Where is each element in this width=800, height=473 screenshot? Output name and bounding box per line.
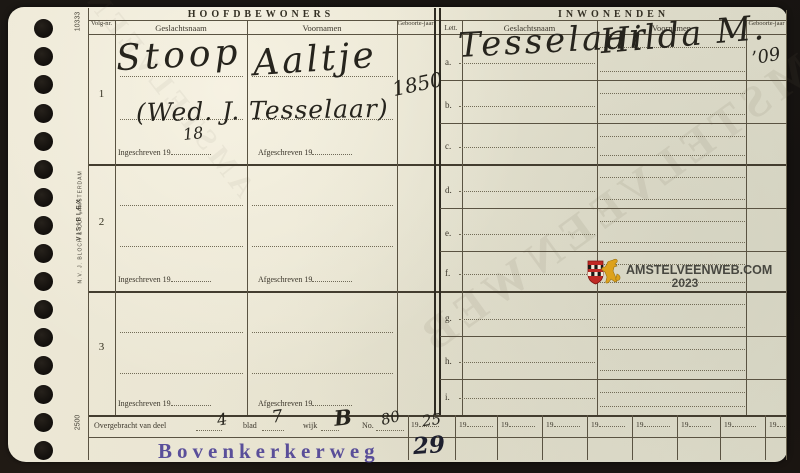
- rule: [632, 415, 633, 460]
- hw-wijk: B: [333, 406, 353, 429]
- leader-line: [312, 274, 352, 282]
- year-cell-label: 19: [724, 420, 756, 429]
- leader-line: [262, 430, 284, 431]
- transfer-deel-label: Overgebracht van deel: [94, 421, 166, 430]
- deregistered-text: Afgeschreven 19: [258, 148, 312, 157]
- lodger-letter: h.: [445, 356, 452, 366]
- leader-line: [196, 430, 222, 431]
- year-prefix: 19: [769, 420, 777, 429]
- dotted-rule: [600, 370, 745, 371]
- dotted-rule: [120, 205, 243, 206]
- dotted-rule: [600, 242, 745, 243]
- lodger-letter: g.: [445, 313, 452, 323]
- lodger-letter: f.: [445, 268, 450, 278]
- year-prefix: 19: [546, 420, 554, 429]
- binder-hole: [34, 132, 53, 151]
- lodger-row: h.: [440, 336, 787, 380]
- dotted-rule: [459, 398, 595, 399]
- lodger-letter: a.: [445, 57, 451, 67]
- lodger-letter: i.: [445, 392, 450, 402]
- dotted-rule: [600, 406, 745, 407]
- dotted-rule: [459, 106, 595, 107]
- scanned-registration-card: 10333 VISIBLEX N.V. J. BLOCH & CO. „AMST…: [0, 0, 800, 473]
- registered-label: Ingeschreven 19: [118, 398, 211, 408]
- dotted-rule: [252, 246, 393, 247]
- binder-hole: [34, 104, 53, 123]
- hw-note-main: (Wed. J. Tesselaar): [136, 96, 389, 125]
- year-prefix: 19: [459, 420, 467, 429]
- leader-line: [171, 398, 211, 406]
- rule: [455, 415, 456, 460]
- binder-hole: [34, 328, 53, 347]
- dotted-rule: [120, 246, 243, 247]
- watermark-year: 2023: [640, 276, 730, 290]
- form-number: 10333: [75, 0, 82, 44]
- year-prefix: 19: [681, 420, 689, 429]
- leader-line: [509, 420, 535, 427]
- deregistered-text: Afgeschreven 19: [258, 399, 312, 408]
- hw-registered-year-main: 18: [182, 125, 204, 143]
- dotted-rule: [459, 274, 595, 275]
- deregistered-label: Afgeschreven 19: [258, 274, 352, 284]
- volgnr-value: 3: [88, 341, 115, 353]
- dotted-rule: [120, 332, 243, 333]
- col-header-firstnames-left: Voornamen: [247, 24, 397, 33]
- binder-hole: [34, 19, 53, 38]
- year-cell-label: 19: [591, 420, 625, 429]
- year-cell-label: 19: [501, 420, 535, 429]
- rule: [765, 415, 766, 460]
- col-header-volgnr: Volg-nr.: [88, 21, 115, 28]
- lodger-row: g.: [440, 291, 787, 337]
- volgnr-value: 1: [88, 88, 115, 100]
- main-resident-row: 3 Ingeschreven 19 Afgeschreven 19: [88, 291, 436, 415]
- dotted-rule: [459, 319, 595, 320]
- binder-hole: [34, 216, 53, 235]
- registered-text: Ingeschreven 19: [118, 275, 171, 284]
- hw-blad: 7: [271, 408, 284, 426]
- binder-hole: [34, 160, 53, 179]
- printer-vertical: N.V. J. BLOCH & CO. „AMSTERDAM: [78, 179, 84, 284]
- binder-hole: [34, 47, 53, 66]
- binder-hole: [34, 188, 53, 207]
- leader-line: [689, 420, 711, 427]
- volgnr-value: 2: [88, 216, 115, 228]
- watermark-crest-icon: [586, 257, 626, 291]
- year-cell-label: 19: [769, 420, 787, 429]
- deregistered-label: Afgeschreven 19: [258, 147, 352, 157]
- lodger-row: d.: [440, 164, 787, 209]
- dotted-rule: [459, 191, 595, 192]
- dotted-rule: [600, 349, 745, 350]
- hw-house-number: 29: [412, 433, 446, 458]
- lodger-letter: e.: [445, 228, 451, 238]
- leader-line: [554, 420, 580, 427]
- main-resident-row: 2 Ingeschreven 19 Afgeschreven 19: [88, 164, 436, 291]
- year-prefix: 19: [411, 420, 419, 429]
- leader-line: [732, 420, 756, 427]
- dotted-rule: [600, 304, 745, 305]
- leader-line: [312, 147, 352, 155]
- rule: [542, 415, 543, 460]
- binder-hole: [34, 356, 53, 375]
- section-title-hoofdbewoners: HOOFDBEWONERS: [88, 9, 434, 20]
- lodger-row: b.: [440, 80, 787, 124]
- rule: [677, 415, 678, 460]
- rule: [720, 415, 721, 460]
- year-prefix: 19: [636, 420, 644, 429]
- dotted-rule: [600, 136, 745, 137]
- leader-line: [599, 420, 625, 427]
- year-cell-label: 19: [546, 420, 580, 429]
- rule: [497, 415, 498, 460]
- leader-line: [644, 420, 670, 427]
- watermark-site: AMSTELVEENWEB.COM: [626, 263, 772, 277]
- year-prefix: 19: [724, 420, 732, 429]
- dotted-rule: [252, 332, 393, 333]
- binder-hole: [34, 413, 53, 432]
- lodger-letter: c.: [445, 141, 451, 151]
- lodger-row: e.: [440, 208, 787, 252]
- leader-line: [171, 147, 211, 155]
- registered-label: Ingeschreven 19: [118, 274, 211, 284]
- dotted-rule: [600, 327, 745, 328]
- hw-surname-main: Stoop: [115, 35, 242, 78]
- lodger-letter: b.: [445, 100, 452, 110]
- leader-line: [467, 420, 493, 427]
- year-prefix: 19: [501, 420, 509, 429]
- dotted-rule: [120, 373, 243, 374]
- leader-line: [777, 420, 787, 427]
- dotted-rule: [459, 362, 595, 363]
- binder-hole: [34, 441, 53, 460]
- registered-text: Ingeschreven 19: [118, 148, 171, 157]
- rule: [587, 415, 588, 460]
- dotted-rule: [600, 93, 745, 94]
- transfer-blad-label: blad: [243, 421, 257, 430]
- leader-line: [171, 274, 211, 282]
- year-cell-label: 19: [681, 420, 711, 429]
- registered-label: Ingeschreven 19: [118, 147, 211, 157]
- leader-line: [376, 430, 404, 431]
- deregistered-text: Afgeschreven 19: [258, 275, 312, 284]
- stock-number: 2500: [75, 401, 82, 445]
- lodger-row: c.: [440, 123, 787, 164]
- binder-hole: [34, 75, 53, 94]
- registered-text: Ingeschreven 19: [118, 399, 171, 408]
- hw-no: 80: [379, 409, 401, 428]
- dotted-rule: [600, 114, 745, 115]
- dotted-rule: [600, 71, 745, 72]
- rule: [408, 415, 409, 460]
- dotted-rule: [252, 373, 393, 374]
- dotted-rule: [459, 234, 595, 235]
- hw-birthyear-lodger-a: ’09: [751, 46, 782, 69]
- dotted-rule: [600, 221, 745, 222]
- dotted-rule: [600, 177, 745, 178]
- transfer-no-label: No.: [362, 421, 374, 430]
- dotted-rule: [459, 147, 595, 148]
- binder-hole: [34, 272, 53, 291]
- binder-hole: [34, 244, 53, 263]
- transfer-wijk-label: wijk: [303, 421, 317, 430]
- street-stamp: Bovenkerkerweg: [158, 439, 380, 464]
- col-header-birthyear-left: Geboorte-jaar: [397, 21, 434, 28]
- year-prefix: 19: [591, 420, 599, 429]
- dotted-rule: [600, 199, 745, 200]
- hw-firstnames-main: Aaltje: [252, 38, 378, 83]
- lodger-letter: d.: [445, 185, 452, 195]
- binder-hole: [34, 385, 53, 404]
- year-cell-label: 19: [636, 420, 670, 429]
- dotted-rule: [600, 155, 745, 156]
- lodger-row: i.: [440, 379, 787, 415]
- binder-hole: [34, 300, 53, 319]
- dotted-rule: [252, 205, 393, 206]
- hw-first-year: 25: [421, 412, 442, 430]
- dotted-rule: [600, 392, 745, 393]
- year-cell-label: 19: [459, 420, 493, 429]
